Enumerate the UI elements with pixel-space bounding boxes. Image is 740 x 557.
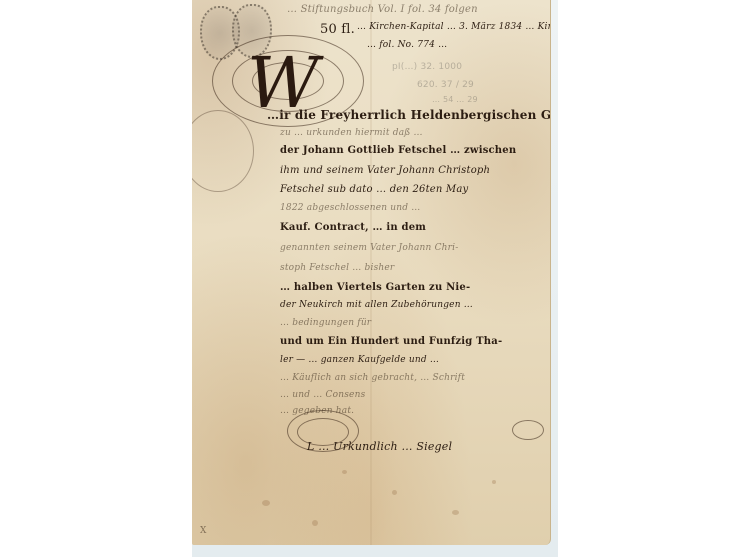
pencil-note-1: pI(…) 32. 1000 (392, 62, 462, 72)
body-line: … und … Consens (280, 390, 365, 400)
body-line: Fetschel sub dato … den 26ten May (280, 184, 468, 195)
top-note-line1: … Stiftungsbuch Vol. I fol. 34 folgen (287, 4, 478, 15)
closing-line: L … Urkundlich … Siegel (307, 440, 452, 453)
body-line: ler — … ganzen Kaufgelde und … (280, 355, 439, 365)
body-line: …ir die Freyherrlich Heldenbergischen Ge… (267, 108, 551, 122)
body-line: 1822 abgeschlossenen und … (280, 203, 421, 213)
stain (342, 470, 347, 474)
body-line: Kauf. Contract, … in dem (280, 222, 426, 233)
stain (262, 500, 270, 506)
top-note-line2: … Kirchen-Kapital … 3. März 1834 … Kirch… (357, 22, 551, 32)
top-note-amount: 50 fl. (320, 22, 355, 37)
pencil-note-3: … 54 … 29 (432, 95, 478, 104)
body-line: stoph Fetschel … bisher (280, 263, 394, 273)
flourish (512, 420, 544, 440)
body-line: und um Ein Hundert und Funfzig Tha- (280, 336, 502, 347)
body-line: zu … urkunden hiermit daß … (280, 128, 423, 138)
top-note-line3: … fol. No. 774 … (367, 40, 447, 50)
pencil-note-2: 620. 37 / 29 (417, 80, 474, 90)
body-line: der Neukirch mit allen Zubehörungen … (280, 300, 473, 310)
flourish (192, 110, 254, 192)
stain (392, 490, 397, 495)
stain (312, 520, 318, 526)
body-line: … Käuflich an sich gebracht, … Schrift (280, 373, 465, 383)
stain (452, 510, 459, 515)
body-line: … halben Viertels Garten zu Nie- (280, 282, 470, 293)
manuscript-page: … Stiftungsbuch Vol. I fol. 34 folgen 50… (192, 0, 551, 545)
stain (492, 480, 496, 484)
body-line: der Johann Gottlieb Fetschel … zwischen (280, 145, 516, 156)
corner-mark: X (200, 526, 207, 536)
body-line: ihm und seinem Vater Johann Christoph (280, 165, 490, 176)
body-line: genannten seinem Vater Johann Chri- (280, 243, 458, 253)
body-line: … bedingungen für (280, 318, 371, 328)
